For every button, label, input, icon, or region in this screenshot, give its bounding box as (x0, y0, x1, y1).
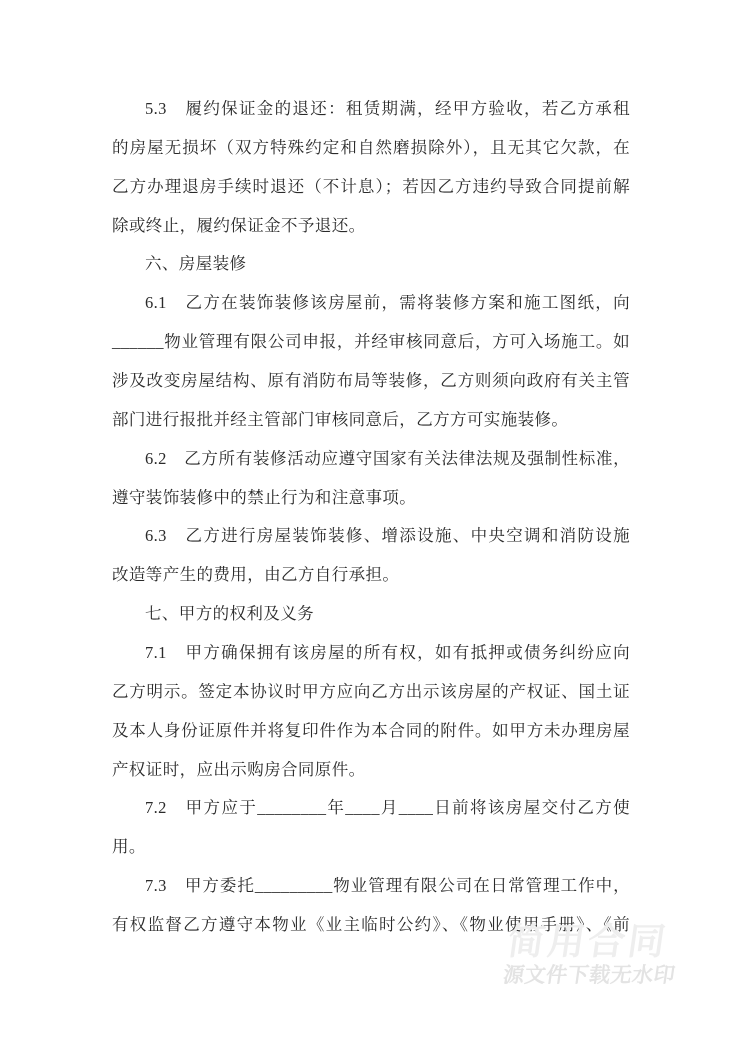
clause-6-2-line: 遵守装饰装修中的禁止行为和注意事项。 (112, 479, 630, 518)
clause-7-3-line: 7.3 甲方委托_________物业管理有限公司在日常管理工作中， (112, 867, 630, 906)
contract-page: 5.3 履约保证金的退还：租赁期满，经甲方验收，若乙方承租 的房屋无损坏（双方特… (0, 0, 742, 1049)
contract-text-block: 5.3 履约保证金的退还：租赁期满，经甲方验收，若乙方承租 的房屋无损坏（双方特… (112, 90, 630, 945)
clause-6-3-line: 改造等产生的费用，由乙方自行承担。 (112, 556, 630, 595)
clause-5-3-line: 5.3 履约保证金的退还：租赁期满，经甲方验收，若乙方承租 (112, 90, 630, 129)
clause-7-2-line: 用。 (112, 828, 630, 867)
clause-7-2-line: 7.2 甲方应于________年____月____日前将该房屋交付乙方使 (112, 789, 630, 828)
clause-6-1-line: ______物业管理有限公司申报，并经审核同意后，方可入场施工。如 (112, 323, 630, 362)
clause-6-2-line: 6.2 乙方所有装修活动应遵守国家有关法律法规及强制性标准， (112, 440, 630, 479)
clause-5-3-line: 乙方办理退房手续时退还（不计息）；若因乙方违约导致合同提前解 (112, 168, 630, 207)
clause-6-1-line: 部门进行报批并经主管部门审核同意后，乙方方可实施装修。 (112, 401, 630, 440)
clause-7-1-line: 产权证时，应出示购房合同原件。 (112, 751, 630, 790)
clause-6-3-line: 6.3 乙方进行房屋装饰装修、增添设施、中央空调和消防设施 (112, 517, 630, 556)
clause-6-1-line: 涉及改变房屋结构、原有消防布局等装修，乙方则须向政府有关主管 (112, 362, 630, 401)
clause-7-1-line: 乙方明示。签定本协议时甲方应向乙方出示该房屋的产权证、国土证 (112, 673, 630, 712)
clause-6-1-line: 6.1 乙方在装饰装修该房屋前，需将装修方案和施工图纸，向 (112, 284, 630, 323)
section-6-heading: 六、房屋装修 (112, 245, 630, 284)
clause-7-3-line: 有权监督乙方遵守本物业《业主临时公约》、《物业使用手册》、《前 (112, 906, 630, 945)
clause-5-3-line: 的房屋无损坏（双方特殊约定和自然磨损除外），且无其它欠款，在 (112, 129, 630, 168)
clause-7-1-line: 7.1 甲方确保拥有该房屋的所有权，如有抵押或债务纠纷应向 (112, 634, 630, 673)
section-7-heading: 七、甲方的权利及义务 (112, 595, 630, 634)
watermark-tagline-text: 源文件下载无水印 (501, 964, 724, 988)
clause-7-1-line: 及本人身份证原件并将复印件作为本合同的附件。如甲方未办理房屋 (112, 712, 630, 751)
clause-5-3-line: 除或终止，履约保证金不予退还。 (112, 207, 630, 246)
